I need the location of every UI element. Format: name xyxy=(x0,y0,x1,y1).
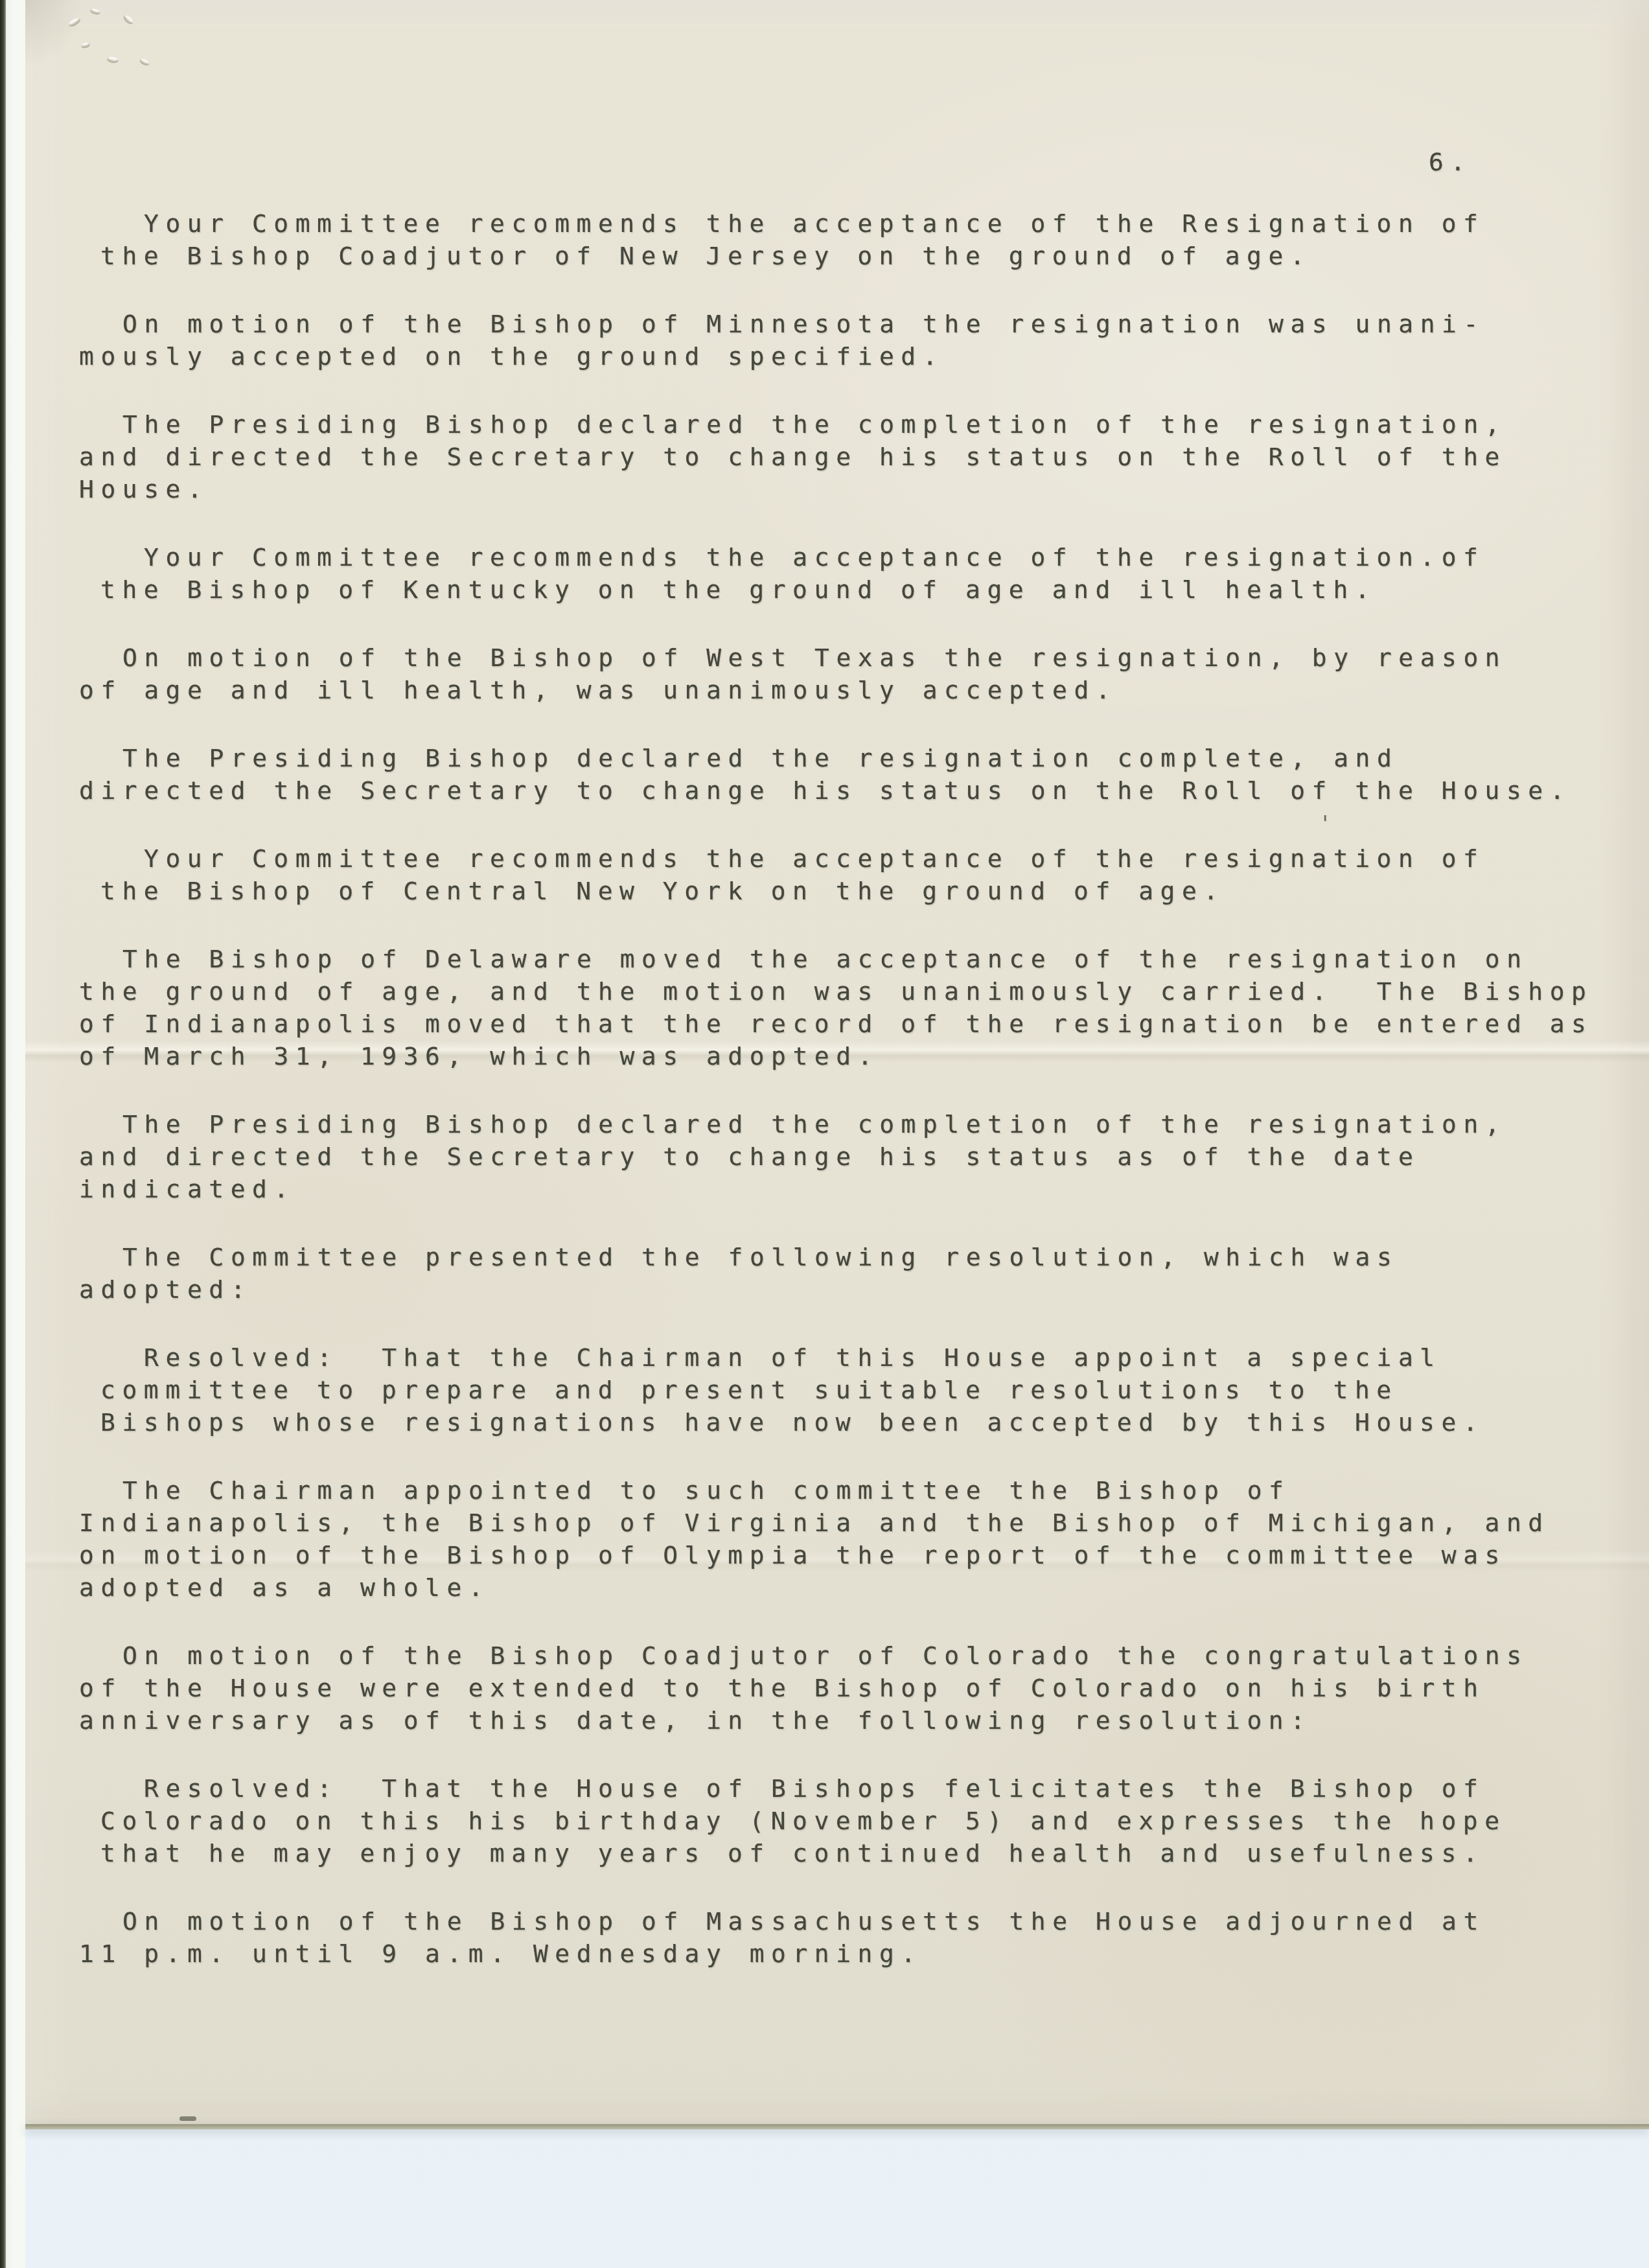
paper-bottom-edge xyxy=(25,2124,1649,2129)
paragraph: On motion of the Bishop of West Texas th… xyxy=(79,642,1647,706)
corner-shade xyxy=(25,0,103,104)
text-line: Colorado on this his birthday (November … xyxy=(79,1805,1647,1837)
text-line: The Presiding Bishop declared the comple… xyxy=(79,408,1647,441)
text-line: indicated. xyxy=(79,1173,1647,1205)
text-line: that he may enjoy many years of continue… xyxy=(79,1837,1647,1869)
text-line: the Bishop of Kentucky on the ground of … xyxy=(79,573,1647,606)
text-line: On motion of the Bishop of West Texas th… xyxy=(79,642,1647,674)
paragraph: The Bishop of Delaware moved the accepta… xyxy=(79,943,1647,1072)
text-line: the Bishop of Central New York on the gr… xyxy=(79,875,1647,907)
paragraph: On motion of the Bishop Coadjutor of Col… xyxy=(79,1639,1647,1737)
paragraph: The Chairman appointed to such committee… xyxy=(79,1474,1647,1604)
staple-mark xyxy=(122,14,135,25)
text-line: directed the Secretary to change his sta… xyxy=(79,774,1647,807)
text-line: anniversary as of this date, in the foll… xyxy=(79,1704,1647,1737)
paragraph: On motion of the Bishop of Minnesota the… xyxy=(79,308,1647,373)
paragraph: Your Committee recommends the acceptance… xyxy=(79,842,1647,907)
paragraph: Your Committee recommends the acceptance… xyxy=(79,541,1647,606)
paper: 6. Your Committee recommends the accepta… xyxy=(25,0,1649,2124)
text-line: The Committee presented the following re… xyxy=(79,1241,1647,1273)
text-line: Your Committee recommends the acceptance… xyxy=(79,541,1647,573)
text-line: On motion of the Bishop of Minnesota the… xyxy=(79,308,1647,340)
text-line: mously accepted on the ground specified. xyxy=(79,340,1647,373)
paragraph: Resolved: That the Chairman of this Hous… xyxy=(79,1341,1647,1439)
paragraph: Resolved: That the House of Bishops feli… xyxy=(79,1772,1647,1869)
text-line: adopted as a whole. xyxy=(79,1571,1647,1604)
text-line: Resolved: That the Chairman of this Hous… xyxy=(79,1341,1647,1374)
document-body: Your Committee recommends the acceptance… xyxy=(79,207,1647,1970)
ink-speck: ' xyxy=(1319,811,1332,837)
text-line: Your Committee recommends the acceptance… xyxy=(79,207,1647,240)
text-line: On motion of the Bishop Coadjutor of Col… xyxy=(79,1639,1647,1672)
scanner-left-edge xyxy=(0,0,6,2268)
text-line: adopted: xyxy=(79,1273,1647,1306)
text-line: The Presiding Bishop declared the resign… xyxy=(79,742,1647,774)
text-line: of March 31, 1936, which was adopted. xyxy=(79,1040,1647,1072)
text-line: on motion of the Bishop of Olympia the r… xyxy=(79,1539,1647,1571)
text-line: of Indianapolis moved that the record of… xyxy=(79,1008,1647,1040)
text-line: and directed the Secretary to change his… xyxy=(79,441,1647,473)
text-line: and directed the Secretary to change his… xyxy=(79,1140,1647,1173)
text-line: The Chairman appointed to such committee… xyxy=(79,1474,1647,1507)
scanner-white-strip xyxy=(6,0,25,2268)
text-line: committee to prepare and present suitabl… xyxy=(79,1374,1647,1406)
text-line: House. xyxy=(79,473,1647,505)
text-line: 11 p.m. until 9 a.m. Wednesday morning. xyxy=(79,1938,1647,1970)
page-number: 6. xyxy=(1429,146,1472,178)
text-line: Indianapolis, the Bishop of Virginia and… xyxy=(79,1507,1647,1539)
paragraph: The Presiding Bishop declared the resign… xyxy=(79,742,1647,807)
text-line: The Bishop of Delaware moved the accepta… xyxy=(79,943,1647,975)
text-line: Bishops whose resignations have now been… xyxy=(79,1406,1647,1439)
text-line: The Presiding Bishop declared the comple… xyxy=(79,1108,1647,1140)
paragraph: The Committee presented the following re… xyxy=(79,1241,1647,1306)
text-line: Resolved: That the House of Bishops feli… xyxy=(79,1772,1647,1805)
text-line: of age and ill health, was unanimously a… xyxy=(79,674,1647,706)
staple-mark xyxy=(106,56,119,64)
text-line: Your Committee recommends the acceptance… xyxy=(79,842,1647,875)
text-line: the Bishop Coadjutor of New Jersey on th… xyxy=(79,240,1647,272)
text-line: On motion of the Bishop of Massachusetts… xyxy=(79,1905,1647,1938)
paragraph: The Presiding Bishop declared the comple… xyxy=(79,408,1647,505)
paragraph: The Presiding Bishop declared the comple… xyxy=(79,1108,1647,1205)
paragraph: On motion of the Bishop of Massachusetts… xyxy=(79,1905,1647,1970)
text-line: of the House were extended to the Bishop… xyxy=(79,1672,1647,1704)
staple-mark xyxy=(139,58,150,67)
edge-smudge-speck xyxy=(179,2116,196,2121)
text-line: the ground of age, and the motion was un… xyxy=(79,975,1647,1008)
scan-background: 6. Your Committee recommends the accepta… xyxy=(0,0,1649,2268)
paragraph: Your Committee recommends the acceptance… xyxy=(79,207,1647,272)
